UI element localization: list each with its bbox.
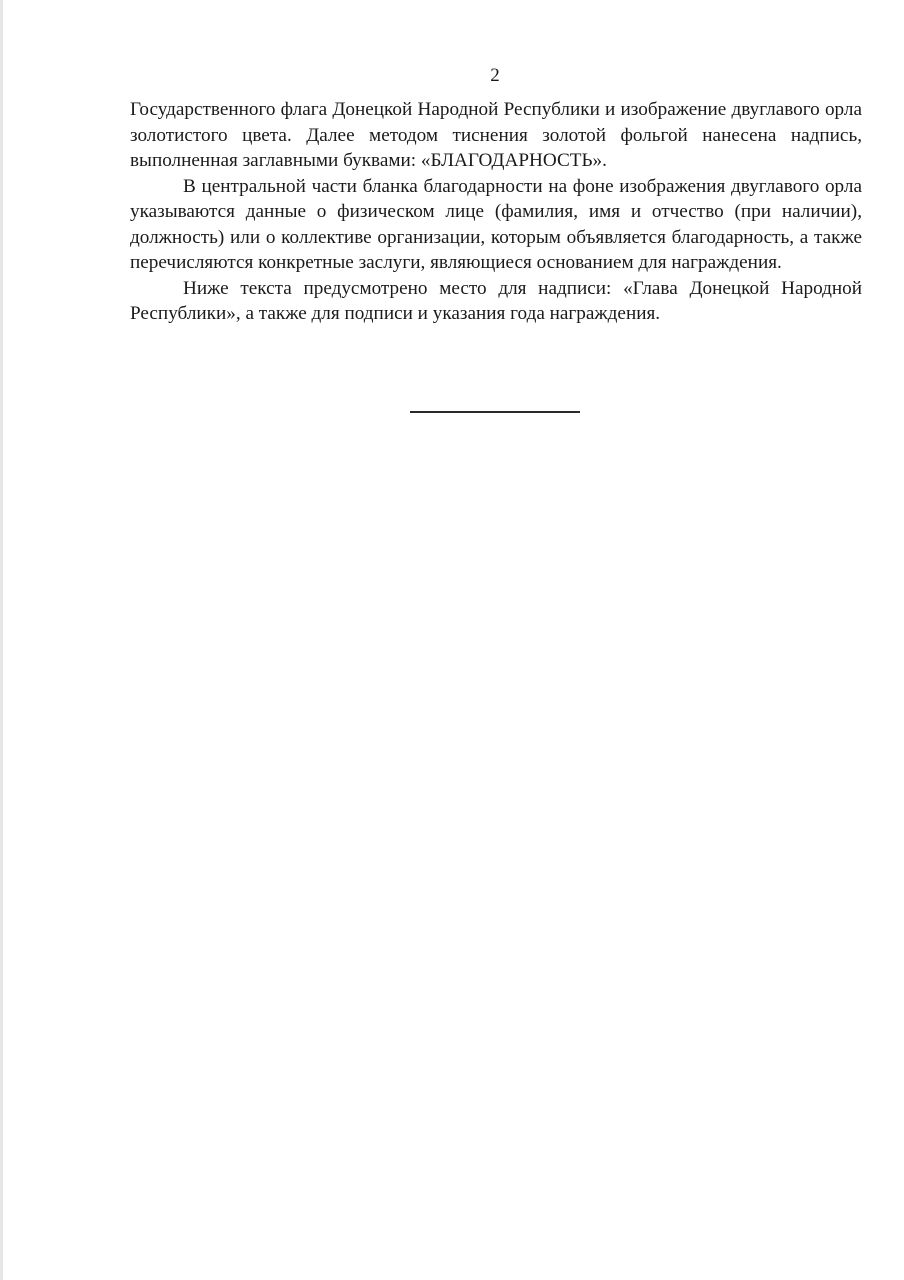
page-number: 2 [0, 64, 904, 88]
end-separator-line [410, 411, 580, 413]
paragraph-flag-description: Государственного флага Донецкой Народной… [130, 97, 862, 174]
scan-edge [0, 0, 3, 1280]
document-body: Государственного флага Донецкой Народной… [130, 97, 862, 327]
paragraph-signature-place: Ниже текста предусмотрено место для надп… [130, 276, 862, 327]
paragraph-central-part: В центральной части бланка благодарности… [130, 174, 862, 276]
